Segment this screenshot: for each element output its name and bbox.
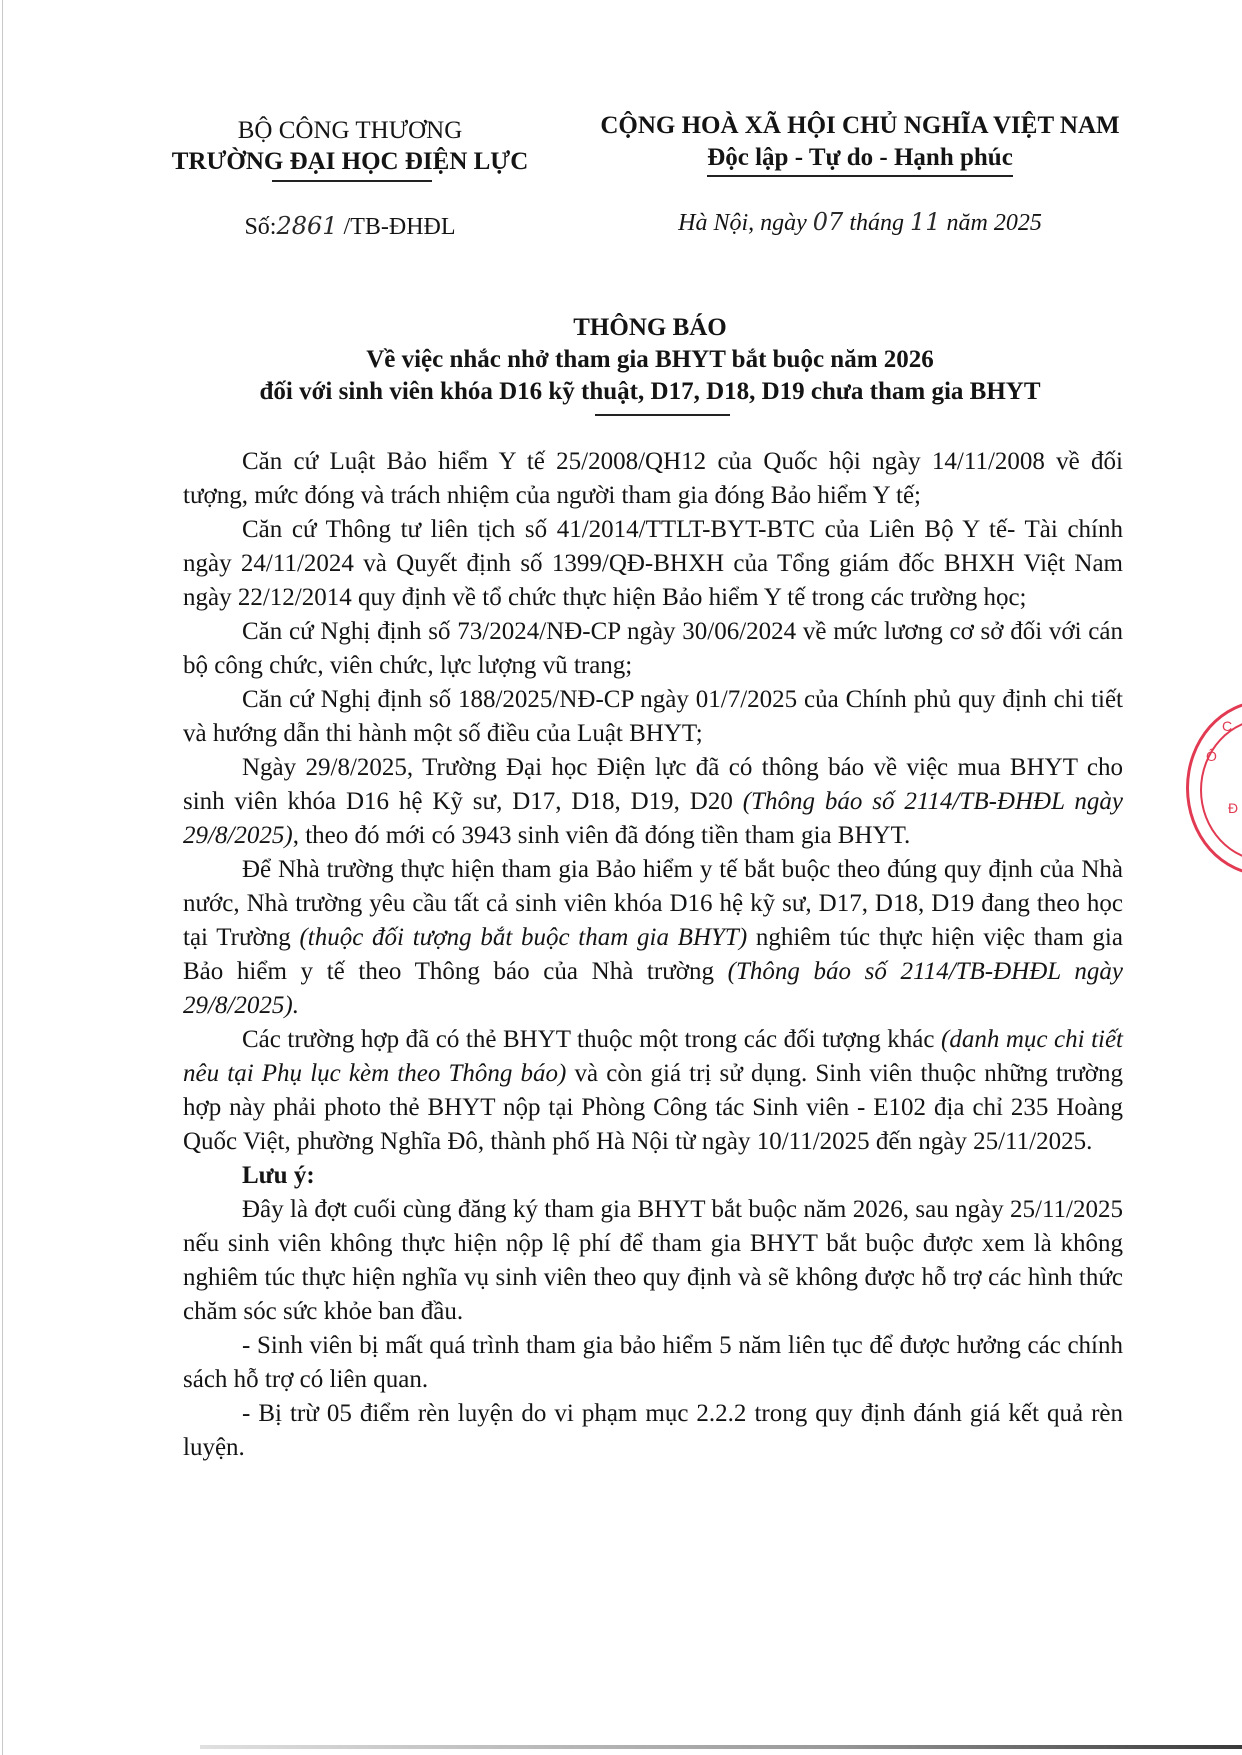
school-name: TRƯỜNG ĐẠI HỌC ĐIỆN LỰC — [150, 146, 550, 178]
paragraph-previous-notice: Ngày 29/8/2025, Trường Đại học Điện lực … — [183, 751, 1123, 853]
stamp-text: C — [1222, 718, 1232, 734]
paragraph-legal-basis-2: Căn cứ Thông tư liên tịch số 41/2014/TTL… — [183, 513, 1123, 615]
ministry-name: BỘ CÔNG THƯƠNG — [150, 116, 550, 146]
title-underline — [595, 414, 730, 416]
title-block: THÔNG BÁO Về việc nhắc nhở tham gia BHYT… — [170, 312, 1130, 416]
date-day: 07 — [813, 208, 844, 236]
subtitle-line-2: đối với sinh viên khóa D16 kỹ thuật, D17… — [170, 376, 1130, 408]
scan-edge-bottom — [200, 1745, 1242, 1749]
subtitle-line-1: Về việc nhắc nhở tham gia BHYT bắt buộc … — [170, 344, 1130, 376]
date-place: Hà Nội, ngày — [678, 210, 813, 236]
date-month-label: tháng — [843, 210, 910, 236]
issue-date: Hà Nội, ngày 07 tháng 11 năm 2025 — [560, 208, 1160, 237]
country-name: CỘNG HOÀ XÃ HỘI CHỦ NGHĨA VIỆT NAM — [560, 110, 1160, 142]
paragraph-legal-basis-1: Căn cứ Luật Bảo hiểm Y tế 25/2008/QH12 c… — [183, 445, 1123, 513]
doc-number-prefix: Số: — [244, 214, 276, 240]
paragraph-requirement: Để Nhà trường thực hiện tham gia Bảo hiể… — [183, 853, 1123, 1023]
issuer-header: BỘ CÔNG THƯƠNG TRƯỜNG ĐẠI HỌC ĐIỆN LỰC — [150, 116, 550, 182]
doc-number-handwritten: 2861 — [276, 212, 337, 240]
paragraph-final-round: Đây là đợt cuối cùng đăng ký tham gia BH… — [183, 1193, 1123, 1329]
document-title: THÔNG BÁO — [170, 312, 1130, 344]
date-month: 11 — [910, 208, 941, 236]
scan-edge-left — [2, 0, 3, 1755]
stamp-text: Đ — [1228, 800, 1238, 816]
date-year: năm 2025 — [941, 210, 1042, 236]
paragraph-legal-basis-3: Căn cứ Nghị định số 73/2024/NĐ-CP ngày 3… — [183, 615, 1123, 683]
note-label: Lưu ý: — [183, 1159, 1123, 1193]
bullet-conduct-points: - Bị trừ 05 điểm rèn luyện do vi phạm mụ… — [183, 1397, 1123, 1465]
paragraph-legal-basis-4: Căn cứ Nghị định số 188/2025/NĐ-CP ngày … — [183, 683, 1123, 751]
document-number: Số:2861 /TB-ĐHĐL — [150, 212, 550, 241]
bullet-lost-coverage: - Sinh viên bị mất quá trình tham gia bả… — [183, 1329, 1123, 1397]
header-underline — [272, 180, 432, 182]
doc-number-suffix: /TB-ĐHĐL — [344, 214, 456, 240]
national-motto: Độc lập - Tự do - Hạnh phúc — [707, 142, 1013, 177]
document-body: Căn cứ Luật Bảo hiểm Y tế 25/2008/QH12 c… — [183, 445, 1123, 1465]
stamp-text: Ô — [1206, 748, 1217, 764]
paragraph-existing-card: Các trường hợp đã có thẻ BHYT thuộc một … — [183, 1023, 1123, 1159]
document-page: BỘ CÔNG THƯƠNG TRƯỜNG ĐẠI HỌC ĐIỆN LỰC C… — [0, 0, 1242, 1755]
national-header: CỘNG HOÀ XÃ HỘI CHỦ NGHĨA VIỆT NAM Độc l… — [560, 110, 1160, 177]
